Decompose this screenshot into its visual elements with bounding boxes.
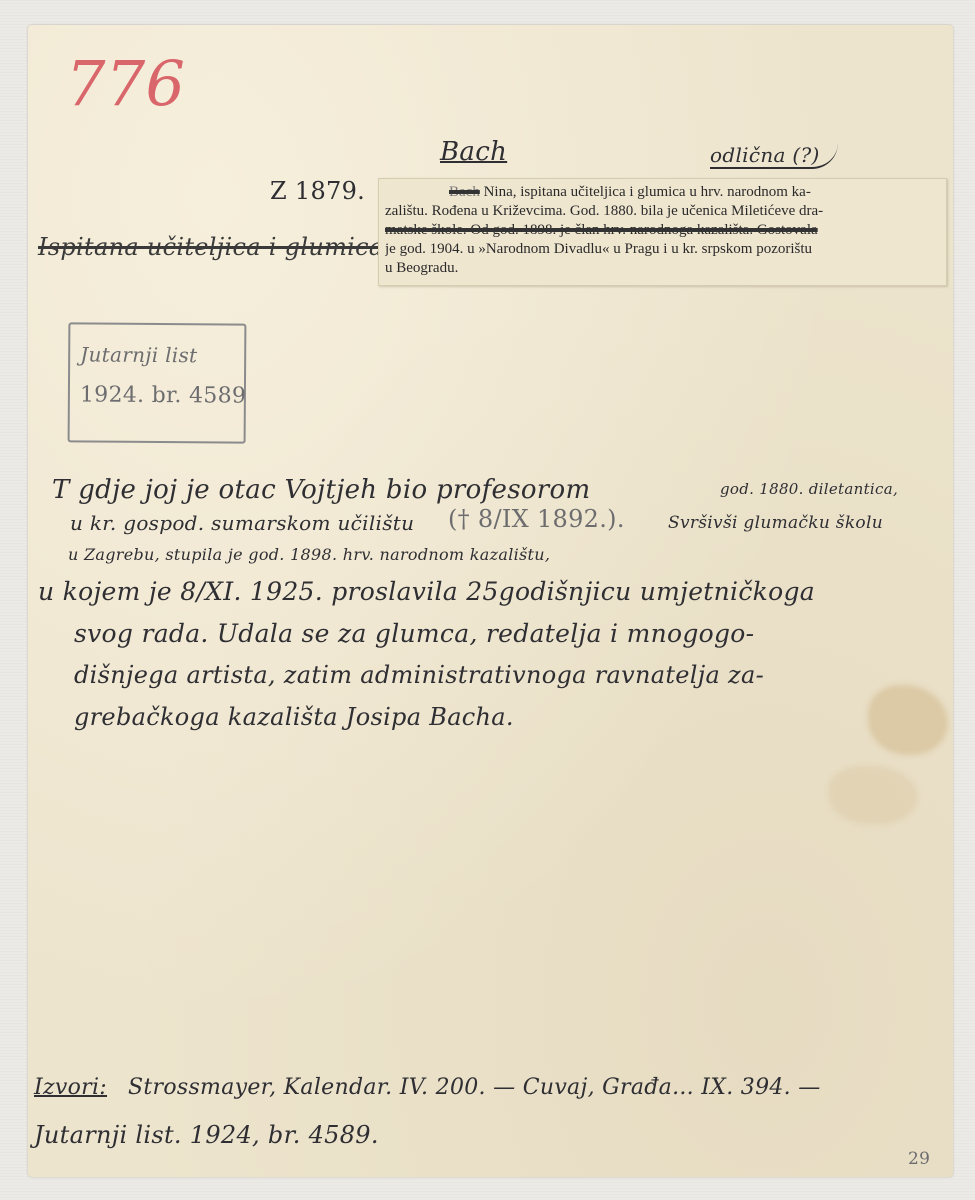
sources-label: Izvori: [34, 1075, 107, 1100]
body-line-1: T gdje joj je otac Vojtjeh bio profesoro… [52, 475, 590, 505]
body-line-2-end: Svršivši glumačku školu [668, 513, 883, 533]
clipping-line-1: Bach Nina, ispitana učiteljica i glumica… [385, 183, 937, 202]
archive-card: 776 Bach odlična (?) Z 1879. Ispitana uč… [28, 25, 953, 1177]
body-line-6: dišnjega artista, zatim administrativnog… [74, 661, 764, 689]
body-line-5: svog rada. Udala se za glumca, redatelja… [74, 619, 754, 648]
pencil-box-line1: Jutarnji list [80, 342, 197, 367]
body-line-3: u Zagrebu, stupila je god. 1898. hrv. na… [68, 545, 550, 564]
catalog-number: 776 [66, 47, 185, 120]
sources-line-2: Jutarnji list. 1924, br. 4589. [34, 1121, 379, 1149]
clipping-line-2: zalištu. Rođena u Križevcima. God. 1880.… [385, 202, 937, 221]
heading-note: odlična (?) [710, 143, 838, 169]
sources-line-1: Strossmayer, Kalendar. IV. 200. — Cuvaj,… [128, 1075, 821, 1100]
death-date-pencil: († 8/IX 1892.). [448, 505, 625, 533]
body-line-7: grebačkoga kazališta Josipa Bacha. [74, 703, 514, 731]
water-stain [868, 685, 948, 755]
clipping-line-5: u Beogradu. [385, 259, 937, 278]
pencil-reference-box: Jutarnji list 1924. br. 4589 [68, 322, 247, 443]
struck-prefix: Bach [449, 184, 480, 200]
newspaper-clipping: Bach Nina, ispitana učiteljica i glumica… [378, 178, 947, 286]
body-line-2: u kr. gospod. sumarskom učilištu [70, 511, 414, 535]
clipping-line-4: je god. 1904. u »Narodnom Divadlu« u Pra… [385, 240, 937, 259]
birth-note: Z 1879. [270, 177, 365, 205]
page-number: 29 [908, 1149, 930, 1169]
pencil-box-line2: 1924. br. 4589 [80, 382, 247, 408]
struck-title: Ispitana učiteljica i glumica [38, 233, 383, 261]
surname-heading: Bach [440, 137, 507, 167]
water-stain [828, 765, 918, 825]
body-line-4: u kojem je 8/XI. 1925. proslavila 25godi… [38, 577, 815, 606]
body-line-1-note: god. 1880. diletantica, [720, 480, 898, 498]
clipping-text: Bach Nina, ispitana učiteljica i glumica… [385, 183, 937, 278]
clipping-line-3: matske škole. Od god. 1898. je član hrv.… [385, 221, 937, 240]
